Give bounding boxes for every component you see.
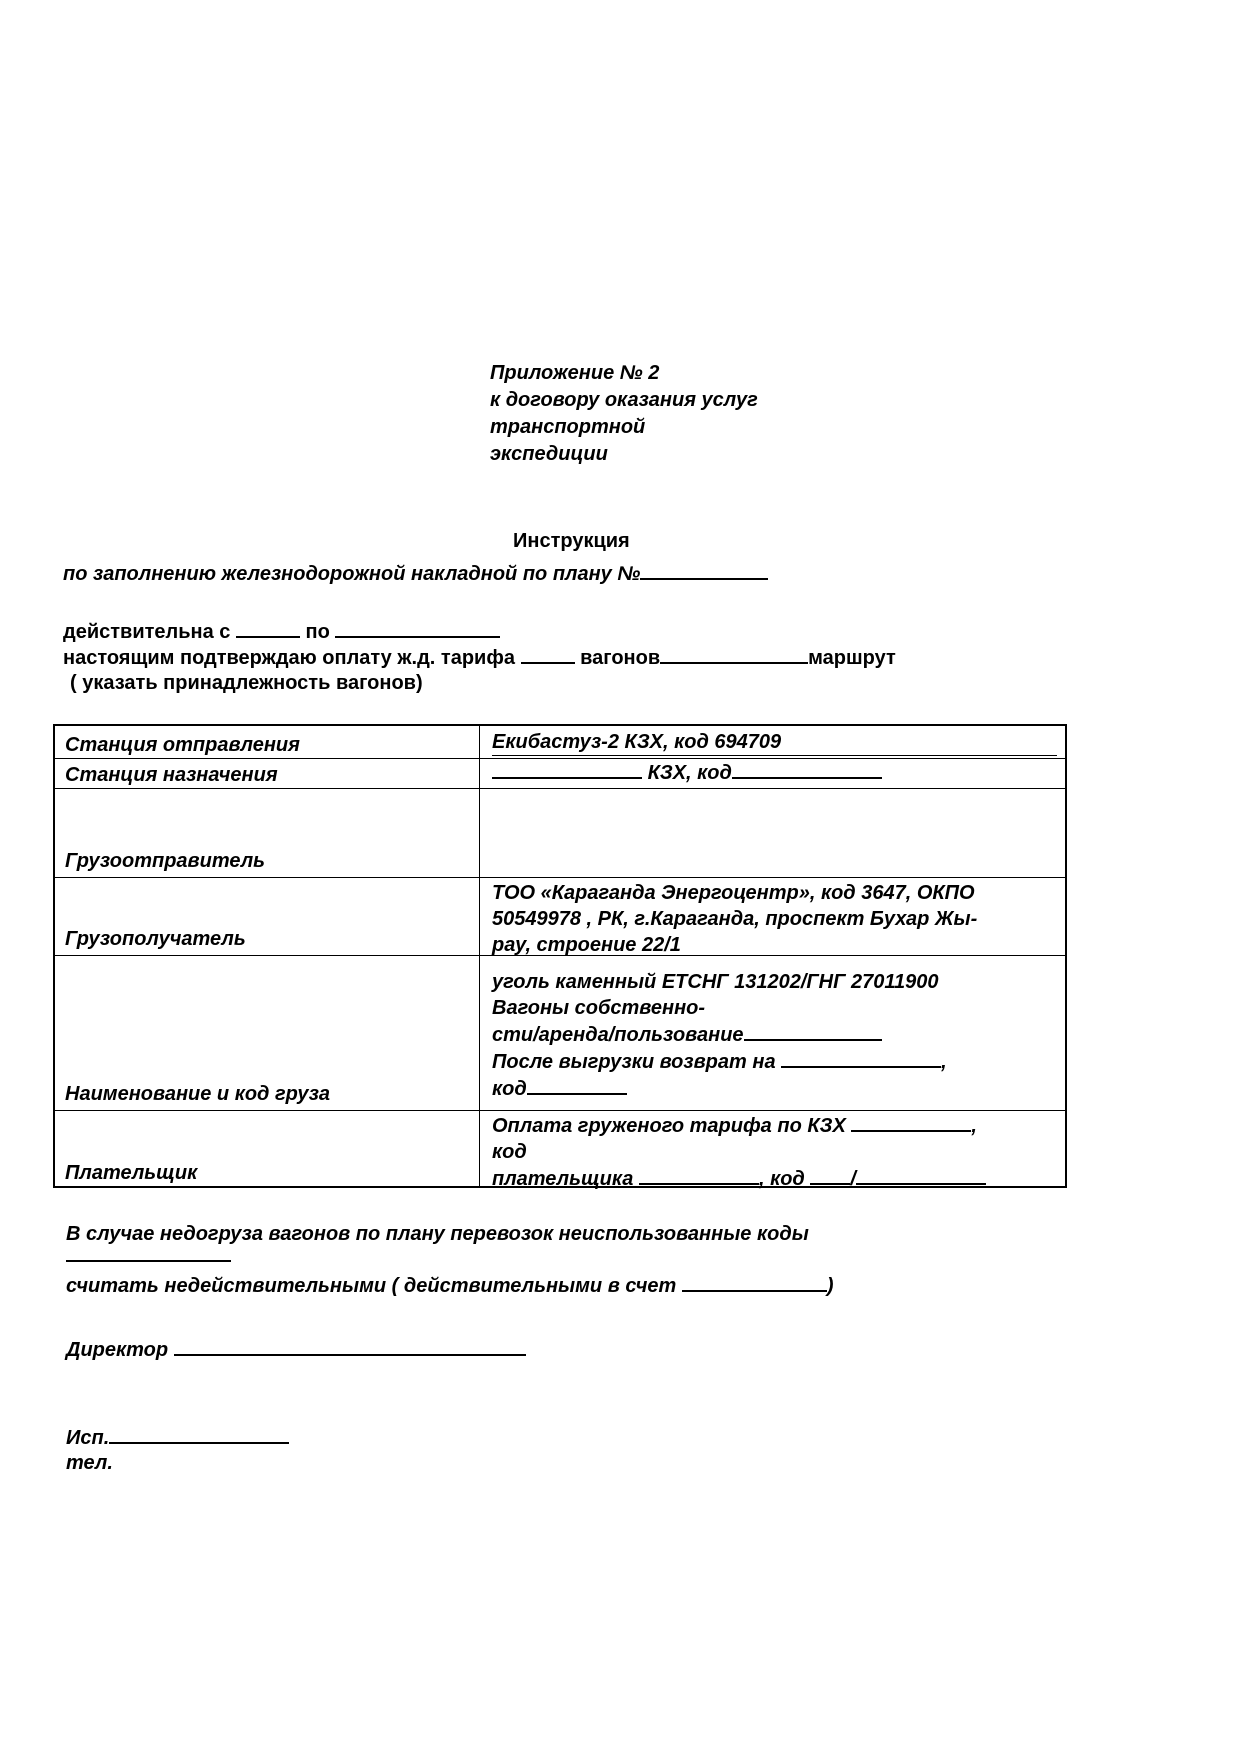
confirm-text: настоящим подтверждаю оплату ж.д. тарифа <box>63 647 515 669</box>
destination-code-blank[interactable] <box>732 759 882 779</box>
director-signature-blank[interactable] <box>174 1336 526 1356</box>
label-destination-station: Станция назначения <box>65 764 278 787</box>
payer-code-label: , код <box>759 1168 805 1190</box>
appendix-line-2: к договору оказания услуг <box>490 387 758 414</box>
consignee-line-2: 50549978 , РК, г.Караганда, проспект Бух… <box>492 906 977 932</box>
subtitle-text: по заполнению железнодорожной накладной … <box>63 563 640 585</box>
label-consignee: Грузополучатель <box>65 928 246 951</box>
valid-from-blank[interactable] <box>236 618 300 638</box>
confirm-line: настоящим подтверждаю оплату ж.д. тарифа… <box>63 644 896 672</box>
payer-tariff-blank[interactable] <box>851 1112 971 1132</box>
appendix-header: Приложение № 2 к договору оказания услуг… <box>490 360 758 468</box>
payer-line-2: код <box>492 1139 986 1165</box>
value-departure-station: Екибастуз-2 КЗХ, код 694709 <box>492 729 1057 756</box>
valid-to-blank[interactable] <box>335 618 500 638</box>
wagons-label: вагонов <box>580 647 660 669</box>
cargo-line-5: код <box>492 1075 947 1102</box>
cargo-line-2: Вагоны собственно- <box>492 995 947 1021</box>
executor-label: Исп. <box>66 1427 109 1449</box>
document-subtitle: по заполнению железнодорожной накладной … <box>63 560 768 586</box>
valid-from-label: действительна с <box>63 621 230 643</box>
document-title: Инструкция <box>513 530 630 553</box>
payer-line-3: плательщика , код / <box>492 1165 986 1192</box>
invalid-line: считать недействительными ( действительн… <box>66 1272 834 1298</box>
account-blank[interactable] <box>682 1272 827 1292</box>
label-departure-station: Станция отправления <box>65 734 300 757</box>
payer-tariff-text: Оплата груженого тарифа по КЗХ <box>492 1115 846 1137</box>
waybill-table: Станция отправления Екибастуз-2 КЗХ, код… <box>53 724 1067 1188</box>
close-paren: ) <box>827 1275 834 1297</box>
invalid-text: считать недействительными ( действительн… <box>66 1275 676 1297</box>
destination-station-text: КЗХ, код <box>648 762 732 784</box>
phone-label: тел. <box>66 1452 113 1475</box>
appendix-line-4: экспедиции <box>490 441 758 468</box>
ownership-note: ( указать принадлежность вагонов) <box>70 670 423 697</box>
label-payer: Плательщик <box>65 1162 197 1185</box>
cargo-line-3: сти/аренда/пользование <box>492 1021 947 1048</box>
label-shipper: Грузоотправитель <box>65 850 265 873</box>
payer-subcode-blank[interactable] <box>856 1165 986 1185</box>
appendix-line-1: Приложение № 2 <box>490 360 758 387</box>
value-payer: Оплата груженого тарифа по КЗХ , код пла… <box>492 1112 986 1192</box>
route-label: маршрут <box>808 647 896 669</box>
payer-line-1: Оплата груженого тарифа по КЗХ , <box>492 1112 986 1139</box>
wagons-blank[interactable] <box>660 644 808 664</box>
cargo-line-1: уголь каменный ЕТСНГ 131202/ГНГ 27011900 <box>492 969 947 995</box>
cargo-line-4: После выгрузки возврат на , <box>492 1048 947 1075</box>
ownership-blank[interactable] <box>744 1021 882 1041</box>
cargo-ownership-text: сти/аренда/пользование <box>492 1024 744 1046</box>
value-consignee: ТОО «Караганда Энергоцентр», код 3647, О… <box>492 880 977 958</box>
director-label: Директор <box>66 1339 168 1361</box>
return-text: После выгрузки возврат на <box>492 1051 776 1073</box>
director-line: Директор <box>66 1336 526 1362</box>
row-divider <box>55 877 1065 878</box>
payer-code-blank[interactable] <box>810 1165 850 1185</box>
underload-text: В случае недогруза вагонов по плану пере… <box>66 1223 809 1246</box>
return-code-label: код <box>492 1078 527 1100</box>
codes-blank[interactable] <box>66 1260 231 1262</box>
row-divider <box>55 1110 1065 1111</box>
plan-number-blank[interactable] <box>640 560 768 580</box>
validity-line: действительна с по <box>63 618 500 646</box>
valid-to-label: по <box>306 621 330 643</box>
appendix-line-3: транспортной <box>490 414 758 441</box>
payer-name-blank[interactable] <box>639 1165 759 1185</box>
column-divider <box>479 726 480 1186</box>
value-cargo: уголь каменный ЕТСНГ 131202/ГНГ 27011900… <box>492 969 947 1102</box>
row-divider <box>55 788 1065 789</box>
tariff-blank[interactable] <box>521 644 575 664</box>
return-code-blank[interactable] <box>527 1075 627 1095</box>
executor-blank[interactable] <box>109 1424 289 1444</box>
destination-station-blank[interactable] <box>492 759 642 779</box>
payer-label: плательщика <box>492 1168 633 1190</box>
return-blank[interactable] <box>781 1048 941 1068</box>
executor-line: Исп. <box>66 1424 289 1450</box>
consignee-line-1: ТОО «Караганда Энергоцентр», код 3647, О… <box>492 880 977 906</box>
value-destination-station: КЗХ, код <box>492 759 882 786</box>
label-cargo: Наименование и код груза <box>65 1083 330 1106</box>
consignee-line-3: рау, строение 22/1 <box>492 932 977 958</box>
